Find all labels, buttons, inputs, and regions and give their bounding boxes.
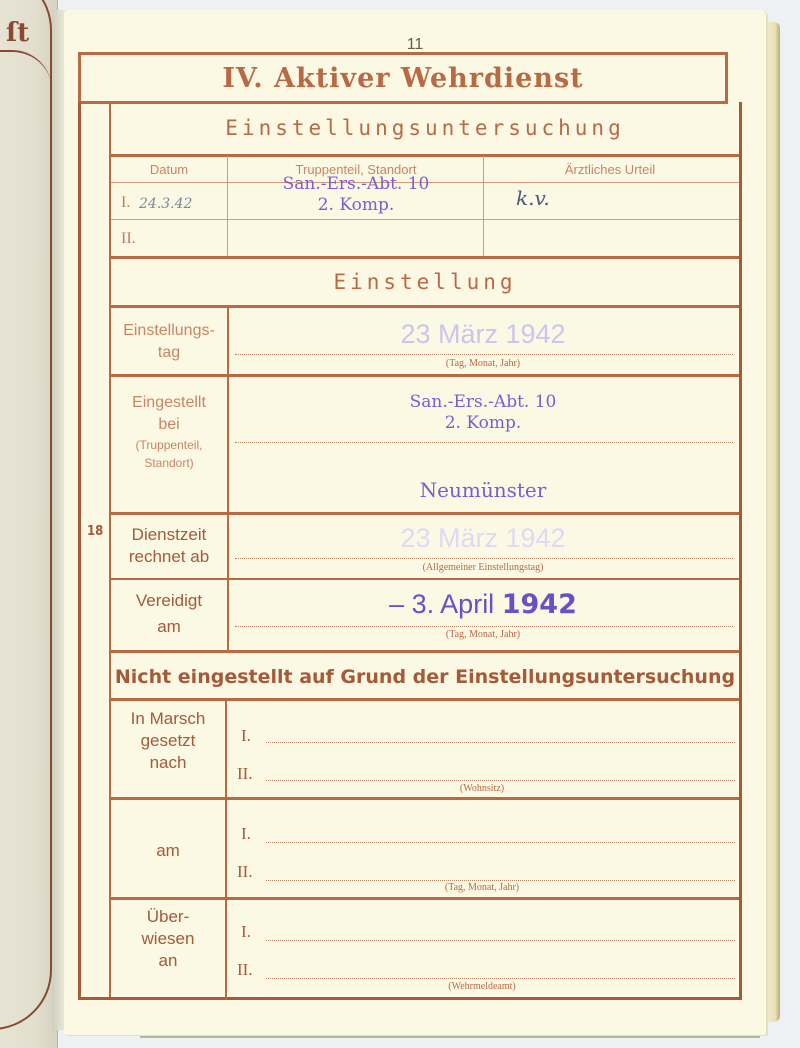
transferred-to-label: Über- wiesen an <box>111 906 225 972</box>
divider <box>111 698 739 701</box>
column-header-verdict: Ärztliches Urteil <box>483 162 737 177</box>
enlistment-section-title: Einstellung <box>111 270 739 294</box>
date-row-1: I. <box>241 824 251 844</box>
sworn-in-value[interactable]: – 3. April 1942 <box>227 594 739 615</box>
not-enlisted-date-label: am <box>111 840 225 862</box>
exam-unit-line2: 2. Komp. <box>229 195 483 216</box>
label-line: wiesen <box>111 928 225 950</box>
sworn-in-day-month: – 3. April <box>389 589 494 619</box>
label-line: bei <box>111 414 227 436</box>
label-line: tag <box>111 342 227 364</box>
label-line: an <box>111 950 225 972</box>
divider <box>227 156 228 256</box>
form-main: Einstellungsuntersuchung Datum Truppente… <box>111 102 739 997</box>
date-row-2: II. <box>237 862 253 882</box>
label-line: In Marsch <box>111 708 225 730</box>
page-title: IV. Aktiver Wehrdienst <box>222 63 583 94</box>
assigned-unit-line1: San.-Ers.-Abt. 10 <box>227 392 739 413</box>
column-header-date: Datum <box>111 162 227 177</box>
divider <box>111 305 739 308</box>
divider <box>111 797 739 800</box>
divider <box>111 897 739 900</box>
sworn-in-label: Vereidigt am <box>111 590 227 638</box>
enlistment-day-hint: (Tag, Monat, Jahr) <box>227 358 739 369</box>
marched-to-hint: (Wohnsitz) <box>225 783 739 794</box>
exam-unit-line1: San.-Ers.-Abt. 10 <box>229 174 483 195</box>
left-facing-page: ſt <box>0 0 58 1048</box>
transferred-to-row-2: II. <box>237 960 253 980</box>
marched-to-input-2[interactable] <box>266 780 735 781</box>
examination-section-title: Einstellungsuntersuchung <box>111 116 739 140</box>
enlistment-day-value[interactable]: 23 März 1942 <box>227 324 739 345</box>
sworn-in-hint: (Tag, Monat, Jahr) <box>227 629 739 640</box>
exam-row-1-date[interactable]: 24.3.42 <box>139 196 192 212</box>
marched-to-label: In Marsch gesetzt nach <box>111 708 225 774</box>
label-line: nach <box>111 752 225 774</box>
marched-to-row-1: I. <box>241 726 251 746</box>
label-line: gesetzt <box>111 730 225 752</box>
assigned-unit-line2: 2. Komp. <box>227 413 739 434</box>
service-counts-from-value[interactable]: 23 März 1942 <box>227 528 739 549</box>
label-line: Vereidigt <box>111 590 227 612</box>
not-enlisted-section-title: Nicht eingestellt auf Grund der Einstell… <box>111 666 739 688</box>
dotted-line <box>235 354 733 355</box>
sworn-in-year: 1942 <box>502 589 577 620</box>
label-line: am <box>111 616 227 638</box>
label-line: Einstellungs- <box>111 320 227 342</box>
enlistment-day-label: Einstellungs- tag <box>111 320 227 364</box>
exam-row-1-unit-stamp[interactable]: San.-Ers.-Abt. 10 2. Komp. <box>229 174 483 216</box>
exam-row-1-number: I. <box>121 194 130 212</box>
divider <box>111 650 739 653</box>
marched-to-row-2: II. <box>237 764 253 784</box>
date-input-1[interactable] <box>266 842 735 843</box>
transferred-to-input-1[interactable] <box>266 940 735 941</box>
transferred-to-hint: (Wehrmeldeamt) <box>225 981 739 992</box>
divider <box>225 700 227 1000</box>
transferred-to-input-2[interactable] <box>266 978 735 979</box>
assigned-location-stamp[interactable]: Neumünster <box>227 480 739 501</box>
side-column: 18 <box>81 102 111 997</box>
exam-row-2-number: II. <box>121 230 136 248</box>
date-input-2[interactable] <box>266 880 735 881</box>
marched-to-input-1[interactable] <box>266 742 735 743</box>
service-counts-from-label: Dienstzeit rechnet ab <box>111 524 227 568</box>
divider <box>111 374 739 377</box>
service-record-form: 18 Einstellungsuntersuchung Datum Truppe… <box>78 102 742 1000</box>
label-line: rechnet ab <box>111 546 227 568</box>
service-counts-from-hint: (Allgemeiner Einstellungstag) <box>227 562 739 573</box>
assigned-unit-stamp[interactable]: San.-Ers.-Abt. 10 2. Komp. <box>227 392 739 434</box>
label-line: Eingestellt <box>111 392 227 414</box>
label-line: Dienstzeit <box>111 524 227 546</box>
dotted-line <box>235 558 733 559</box>
transferred-to-row-1: I. <box>241 922 251 942</box>
side-number: 18 <box>87 524 103 539</box>
left-page-title-fragment: ſt <box>6 18 29 48</box>
label-line: (Truppenteil, <box>111 436 227 454</box>
page-title-box: IV. Aktiver Wehrdienst <box>78 52 728 104</box>
label-line: Über- <box>111 906 225 928</box>
divider <box>111 578 739 580</box>
divider <box>111 512 739 515</box>
dotted-line <box>235 442 733 443</box>
divider <box>111 154 739 157</box>
assigned-to-label: Eingestellt bei (Truppenteil, Standort) <box>111 392 227 472</box>
exam-row-1-verdict[interactable]: k.v. <box>516 186 550 210</box>
page-stack-edge <box>764 22 780 1022</box>
left-page-frame-inner <box>0 50 52 1030</box>
divider <box>111 256 739 259</box>
dotted-line <box>235 626 733 627</box>
divider <box>483 156 484 256</box>
divider <box>111 219 739 220</box>
date-hint: (Tag, Monat, Jahr) <box>225 882 739 893</box>
label-line: Standort) <box>111 454 227 472</box>
